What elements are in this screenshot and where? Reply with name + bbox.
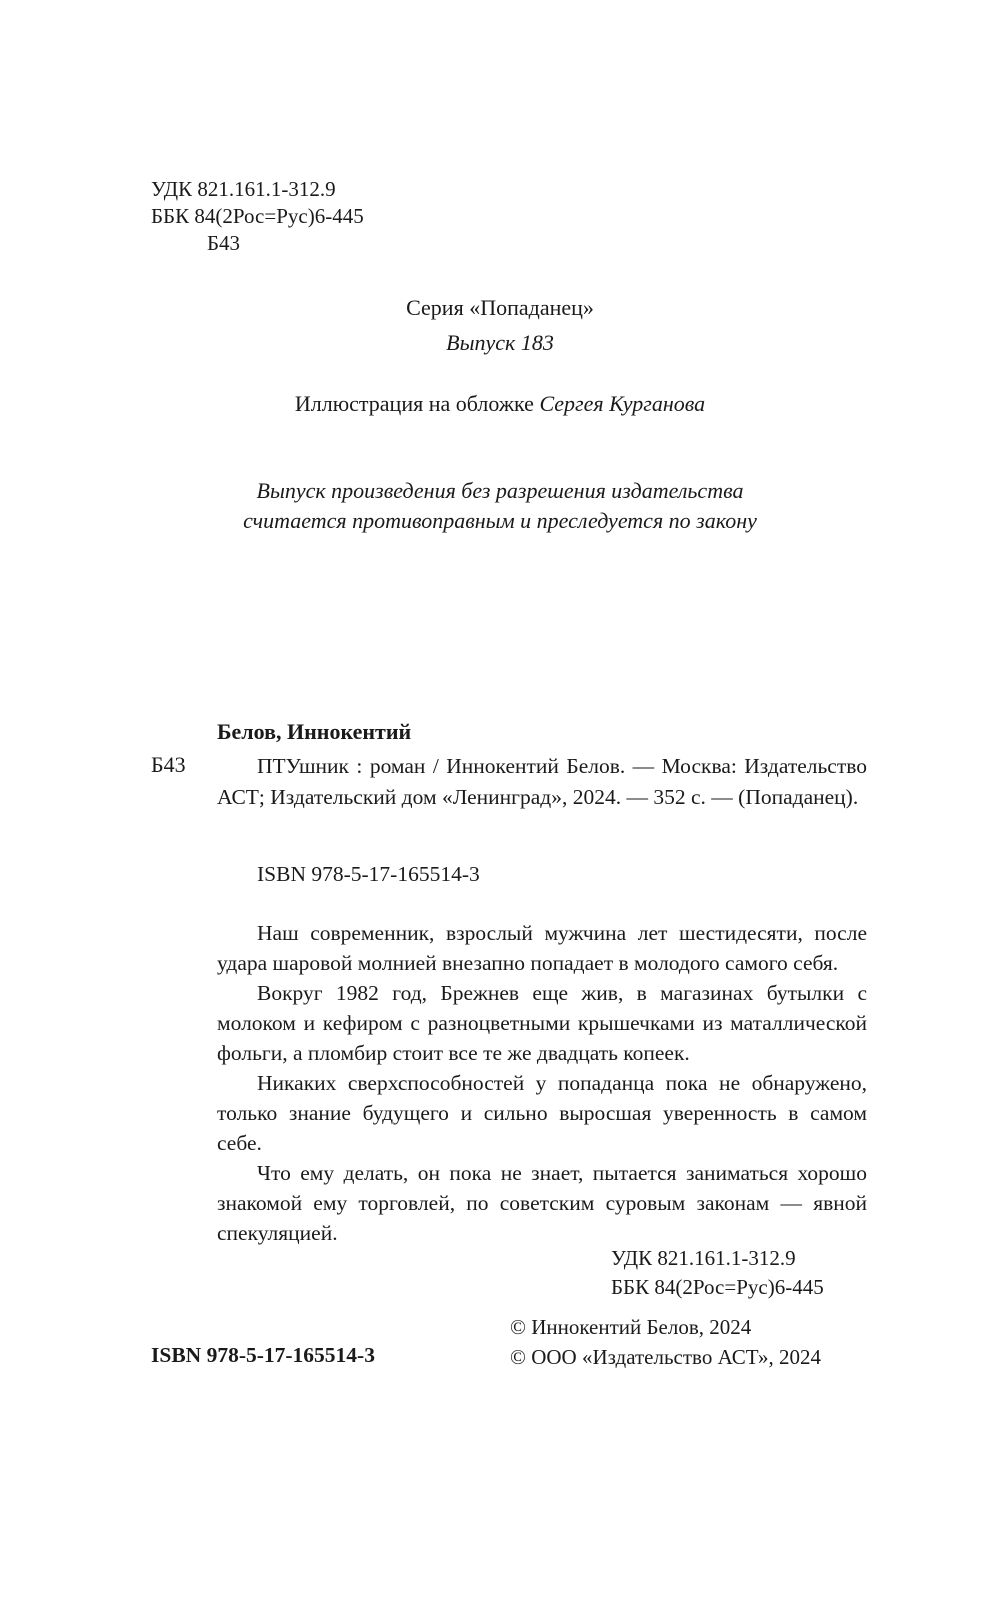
illustration-artist: Сергея Курганова — [539, 391, 705, 416]
catalog-author-mark: Б43 — [151, 751, 186, 779]
illustration-prefix: Иллюстрация на обложке — [295, 391, 540, 416]
series-issue: Выпуск 183 — [0, 328, 1000, 357]
copyright-warning: Выпуск произведения без разрешения издат… — [0, 476, 1000, 536]
classification-block-bottom: УДК 821.161.1-312.9 ББК 84(2Рос=Рус)6-44… — [611, 1244, 824, 1302]
series-block: Серия «Попаданец» Выпуск 183 — [0, 293, 1000, 357]
isbn-main: ISBN 978-5-17-165514-3 — [151, 1341, 375, 1369]
annotation: Наш современник, взрослый мужчина лет ше… — [217, 918, 867, 1248]
udk-code-bottom: УДК 821.161.1-312.9 — [611, 1244, 824, 1273]
copyright-notices: © Иннокентий Белов, 2024 © ООО «Издатель… — [510, 1312, 821, 1372]
illustration-credit: Иллюстрация на обложке Сергея Курганова — [0, 389, 1000, 418]
udk-code: УДК 821.161.1-312.9 — [151, 176, 364, 203]
copyright-publisher: © ООО «Издательство АСТ», 2024 — [510, 1342, 821, 1372]
catalog-isbn: ISBN 978-5-17-165514-3 — [257, 860, 480, 888]
annotation-paragraph: Никаких сверхспособностей у попаданца по… — [217, 1068, 867, 1158]
annotation-paragraph: Наш современник, взрослый мужчина лет ше… — [217, 918, 867, 978]
author-mark: Б43 — [151, 230, 364, 257]
annotation-paragraph: Вокруг 1982 год, Брежнев еще жив, в мага… — [217, 978, 867, 1068]
catalog-description-text: ПТУшник : роман / Иннокентий Белов. — Мо… — [217, 751, 867, 812]
warning-line-2: считается противоправным и преследуется … — [0, 506, 1000, 536]
classification-block-top: УДК 821.161.1-312.9 ББК 84(2Рос=Рус)6-44… — [151, 176, 364, 257]
series-name: Серия «Попаданец» — [406, 295, 594, 320]
warning-line-1: Выпуск произведения без разрешения издат… — [0, 476, 1000, 506]
annotation-paragraph: Что ему делать, он пока не знает, пытает… — [217, 1158, 867, 1248]
bbk-code-bottom: ББК 84(2Рос=Рус)6-445 — [611, 1273, 824, 1302]
catalog-author: Белов, Иннокентий — [217, 718, 411, 746]
catalog-description: ПТУшник : роман / Иннокентий Белов. — Мо… — [217, 751, 867, 812]
copyright-author: © Иннокентий Белов, 2024 — [510, 1312, 821, 1342]
bbk-code: ББК 84(2Рос=Рус)6-445 — [151, 203, 364, 230]
